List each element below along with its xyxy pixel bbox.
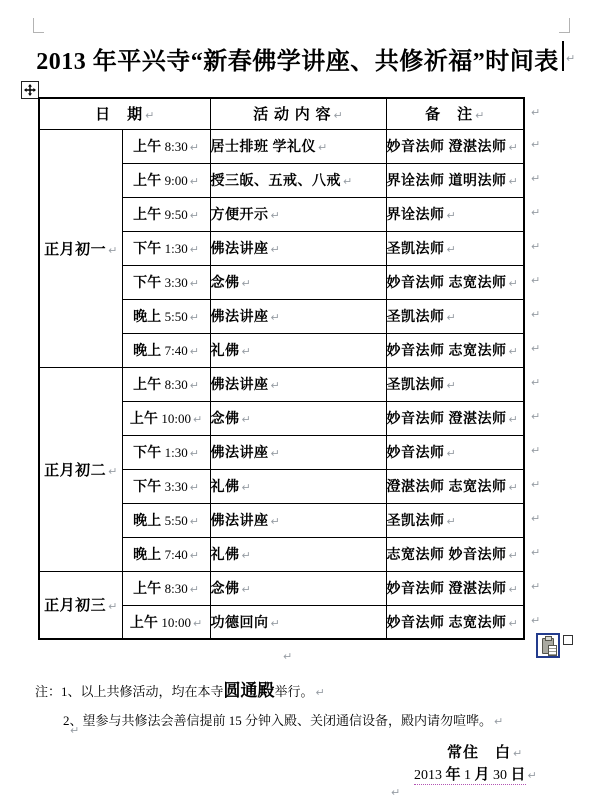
time-value: 8:30 — [165, 139, 188, 154]
note1-prefix: 1、以上共修活动，均在本寺 — [61, 684, 224, 699]
activity-text: 礼佛 — [211, 548, 240, 563]
pilcrow-mark: ↵ — [391, 786, 400, 799]
pilcrow-mark: ↵ — [566, 52, 575, 65]
note-text: 圣凯法师 — [387, 514, 445, 529]
time-value: 9:50 — [165, 207, 188, 222]
time-cell: 下午 1:30↵ — [122, 231, 210, 265]
activity-cell: 念佛↵ — [210, 265, 386, 299]
schedule-table-body: 正月初一↵上午 8:30↵居士排班 学礼仪↵妙音法师 澄湛法师↵上午 9:00↵… — [39, 129, 524, 639]
paste-options-button[interactable] — [536, 633, 560, 658]
activity-cell: 授三皈、五戒、八戒↵ — [210, 163, 386, 197]
date-digits: 30 — [490, 768, 511, 783]
note-text: 妙音法师 澄湛法师 — [387, 412, 507, 427]
activity-cell: 念佛↵ — [210, 401, 386, 435]
header-activity-label: 活 动 内 容 — [253, 107, 331, 123]
pilcrow-mark: ↵ — [531, 240, 540, 253]
date-cell: 正月初三↵ — [39, 571, 122, 639]
note-text: 妙音法师 志宽法师 — [387, 344, 507, 359]
pilcrow-mark: ↵ — [190, 583, 199, 596]
pilcrow-mark: ↵ — [190, 141, 199, 154]
time-cell: 下午 1:30↵ — [122, 435, 210, 469]
time-cell: 上午 9:00↵ — [122, 163, 210, 197]
activity-text: 方便开示 — [211, 208, 269, 223]
time-value: 10:00 — [161, 411, 191, 426]
notes-block: 注：1、以上共修活动，均在本寺圆通殿举行。↵ 2、望参与共修法会善信提前 15 … — [35, 676, 503, 729]
note-cell: 澄湛法师 志宽法师↵ — [386, 469, 524, 503]
pilcrow-mark: ↵ — [475, 109, 484, 122]
pilcrow-mark: ↵ — [271, 243, 280, 256]
note-cell: 圣凯法师↵ — [386, 231, 524, 265]
signature-name: 常住 白 — [447, 745, 511, 761]
pilcrow-mark: ↵ — [509, 549, 518, 562]
date-label: 正月初三 — [44, 598, 106, 614]
date-label: 正月初一 — [44, 242, 106, 258]
note-text: 妙音法师 澄湛法师 — [387, 582, 507, 597]
pilcrow-mark: ↵ — [190, 175, 199, 188]
time-value: 5:50 — [165, 513, 188, 528]
activity-text: 佛法讲座 — [211, 514, 269, 529]
pilcrow-mark: ↵ — [316, 686, 325, 699]
time-value: 7:40 — [165, 547, 188, 562]
note1-hall-name: 圆通殿 — [224, 681, 275, 700]
note-cell: 界诠法师 道明法师↵ — [386, 163, 524, 197]
time-value: 8:30 — [165, 581, 188, 596]
time-value: 3:30 — [165, 275, 188, 290]
note-text: 圣凯法师 — [387, 310, 445, 325]
pilcrow-mark: ↵ — [531, 512, 540, 525]
time-cell: 上午 8:30↵ — [122, 367, 210, 401]
pilcrow-mark: ↵ — [531, 410, 540, 423]
clipboard-page-icon — [548, 645, 557, 656]
pilcrow-mark: ↵ — [318, 141, 327, 154]
pilcrow-mark: ↵ — [531, 106, 540, 119]
activity-text: 佛法讲座 — [211, 378, 269, 393]
activity-cell: 佛法讲座↵ — [210, 231, 386, 265]
pilcrow-mark: ↵ — [242, 345, 251, 358]
time-cell: 上午 8:30↵ — [122, 129, 210, 163]
pilcrow-mark: ↵ — [531, 614, 540, 627]
pilcrow-mark: ↵ — [531, 546, 540, 559]
header-date: 日 期↵ — [39, 98, 210, 129]
pilcrow-mark: ↵ — [447, 209, 456, 222]
pilcrow-mark: ↵ — [283, 650, 292, 663]
schedule-row: 正月初一↵上午 8:30↵居士排班 学礼仪↵妙音法师 澄湛法师↵ — [39, 129, 524, 163]
header-activity: 活 动 内 容↵ — [210, 98, 386, 129]
time-cell: 上午 8:30↵ — [122, 571, 210, 605]
pilcrow-mark: ↵ — [190, 209, 199, 222]
pilcrow-mark: ↵ — [531, 580, 540, 593]
time-value: 10:00 — [161, 615, 191, 630]
date-digits: 2013 — [414, 768, 446, 783]
date-cell: 正月初二↵ — [39, 367, 122, 571]
pilcrow-mark: ↵ — [494, 715, 503, 728]
pilcrow-mark: ↵ — [190, 311, 199, 324]
note-cell: 妙音法师 志宽法师↵ — [386, 605, 524, 639]
time-period: 晚上 — [133, 344, 161, 359]
time-period: 上午 — [133, 582, 161, 597]
note-cell: 妙音法师↵ — [386, 435, 524, 469]
pilcrow-mark: ↵ — [447, 311, 456, 324]
pilcrow-mark: ↵ — [271, 617, 280, 630]
date-cell: 正月初一↵ — [39, 129, 122, 367]
activity-text: 念佛 — [211, 276, 240, 291]
pilcrow-mark: ↵ — [509, 345, 518, 358]
pilcrow-mark: ↵ — [447, 515, 456, 528]
pilcrow-mark: ↵ — [509, 481, 518, 494]
time-period: 上午 — [133, 208, 161, 223]
pilcrow-mark: ↵ — [531, 138, 540, 151]
schedule-table: 日 期↵ 活 动 内 容↵ 备 注↵ 正月初一↵上午 8:30↵居士排班 学礼仪… — [38, 97, 525, 640]
note-cell: 志宽法师 妙音法师↵ — [386, 537, 524, 571]
activity-cell: 佛法讲座↵ — [210, 299, 386, 333]
date-cjk: 日 — [511, 767, 526, 783]
pilcrow-mark: ↵ — [513, 747, 522, 760]
time-cell: 下午 3:30↵ — [122, 469, 210, 503]
activity-text: 礼佛 — [211, 344, 240, 359]
activity-text: 授三皈、五戒、八戒 — [211, 174, 342, 189]
pilcrow-mark: ↵ — [271, 379, 280, 392]
time-cell: 上午 9:50↵ — [122, 197, 210, 231]
pilcrow-mark: ↵ — [190, 379, 199, 392]
note-label: 注： — [35, 684, 61, 699]
activity-cell: 佛法讲座↵ — [210, 435, 386, 469]
header-note-label: 备 注 — [425, 107, 473, 123]
note-text: 妙音法师 志宽法师 — [387, 616, 507, 631]
margin-corner-top-right-icon — [559, 18, 570, 33]
pilcrow-mark: ↵ — [509, 175, 518, 188]
pilcrow-mark: ↵ — [531, 478, 540, 491]
note-text: 圣凯法师 — [387, 378, 445, 393]
pilcrow-mark: ↵ — [343, 175, 352, 188]
pilcrow-mark: ↵ — [531, 172, 540, 185]
activity-cell: 念佛↵ — [210, 571, 386, 605]
pilcrow-mark: ↵ — [531, 342, 540, 355]
pilcrow-mark: ↵ — [242, 583, 251, 596]
note-text: 界诠法师 道明法师 — [387, 174, 507, 189]
time-value: 5:50 — [165, 309, 188, 324]
time-cell: 晚上 7:40↵ — [122, 537, 210, 571]
pilcrow-mark: ↵ — [271, 447, 280, 460]
header-note: 备 注↵ — [386, 98, 524, 129]
pilcrow-mark: ↵ — [108, 600, 117, 613]
time-period: 晚上 — [133, 310, 161, 325]
activity-cell: 功德回向↵ — [210, 605, 386, 639]
time-value: 8:30 — [165, 377, 188, 392]
time-cell: 上午 10:00↵ — [122, 605, 210, 639]
date-cjk: 月 — [475, 767, 490, 783]
schedule-row: 正月初二↵上午 8:30↵佛法讲座↵圣凯法师↵ — [39, 367, 524, 401]
pilcrow-mark: ↵ — [242, 277, 251, 290]
note-cell: 妙音法师 志宽法师↵ — [386, 265, 524, 299]
note-cell: 圣凯法师↵ — [386, 299, 524, 333]
activity-cell: 居士排班 学礼仪↵ — [210, 129, 386, 163]
pilcrow-mark: ↵ — [193, 617, 202, 630]
activity-text: 礼佛 — [211, 480, 240, 495]
date-cjk: 年 — [446, 767, 461, 783]
signature-name-line: 常住 白↵ — [447, 741, 522, 762]
pilcrow-mark: ↵ — [190, 481, 199, 494]
note-cell: 界诠法师↵ — [386, 197, 524, 231]
note-cell: 妙音法师 志宽法师↵ — [386, 333, 524, 367]
pilcrow-mark: ↵ — [447, 379, 456, 392]
pilcrow-mark: ↵ — [271, 311, 280, 324]
pilcrow-mark: ↵ — [509, 413, 518, 426]
signature-date-text: 2013 年 1 月 30 日 — [414, 768, 526, 785]
note-cell: 圣凯法师↵ — [386, 503, 524, 537]
note-text: 妙音法师 — [387, 446, 445, 461]
activity-cell: 佛法讲座↵ — [210, 367, 386, 401]
pilcrow-mark: ↵ — [190, 277, 199, 290]
time-period: 上午 — [133, 378, 161, 393]
schedule-header-row: 日 期↵ 活 动 内 容↵ 备 注↵ — [39, 98, 524, 129]
document-title: 2013 年平兴寺“新春佛学讲座、共修祈福”时间表 — [0, 41, 595, 76]
pilcrow-mark: ↵ — [271, 515, 280, 528]
time-period: 晚上 — [133, 548, 161, 563]
pilcrow-mark: ↵ — [242, 413, 251, 426]
pilcrow-mark: ↵ — [531, 308, 540, 321]
pilcrow-mark: ↵ — [528, 769, 537, 782]
time-cell: 晚上 5:50↵ — [122, 503, 210, 537]
note-text: 志宽法师 妙音法师 — [387, 548, 507, 563]
text-cursor — [562, 41, 564, 71]
time-value: 1:30 — [165, 445, 188, 460]
activity-text: 功德回向 — [211, 616, 269, 631]
note-text: 圣凯法师 — [387, 242, 445, 257]
pilcrow-mark: ↵ — [531, 206, 540, 219]
pilcrow-mark: ↵ — [190, 447, 199, 460]
schedule-row: 正月初三↵上午 8:30↵念佛↵妙音法师 澄湛法师↵ — [39, 571, 524, 605]
time-value: 1:30 — [165, 241, 188, 256]
note-line-2: 2、望参与共修法会善信提前 15 分钟入殿、关闭通信设备，殿内请勿喧哗。↵ — [63, 710, 503, 729]
note-text: 界诠法师 — [387, 208, 445, 223]
time-period: 上午 — [133, 174, 161, 189]
pilcrow-mark: ↵ — [531, 274, 540, 287]
pilcrow-mark: ↵ — [509, 141, 518, 154]
time-value: 3:30 — [165, 479, 188, 494]
time-period: 上午 — [130, 616, 158, 631]
date-label: 正月初二 — [44, 463, 106, 479]
pilcrow-mark: ↵ — [193, 413, 202, 426]
time-period: 下午 — [133, 446, 161, 461]
note2-text: 2、望参与共修法会善信提前 15 分钟入殿、关闭通信设备，殿内请勿喧哗。 — [63, 713, 492, 728]
time-cell: 晚上 5:50↵ — [122, 299, 210, 333]
pilcrow-mark: ↵ — [190, 345, 199, 358]
note-cell: 妙音法师 澄湛法师↵ — [386, 571, 524, 605]
pilcrow-mark: ↵ — [509, 583, 518, 596]
pilcrow-mark: ↵ — [190, 549, 199, 562]
activity-cell: 礼佛↵ — [210, 469, 386, 503]
note-cell: 圣凯法师↵ — [386, 367, 524, 401]
pilcrow-mark: ↵ — [271, 209, 280, 222]
note1-suffix: 举行。 — [275, 684, 314, 699]
time-period: 下午 — [133, 276, 161, 291]
note-text: 澄湛法师 志宽法师 — [387, 480, 507, 495]
note-text: 妙音法师 澄湛法师 — [387, 140, 507, 155]
note-cell: 妙音法师 澄湛法师↵ — [386, 129, 524, 163]
time-cell: 晚上 7:40↵ — [122, 333, 210, 367]
pilcrow-mark: ↵ — [190, 243, 199, 256]
activity-cell: 方便开示↵ — [210, 197, 386, 231]
activity-text: 佛法讲座 — [211, 446, 269, 461]
pilcrow-mark: ↵ — [108, 244, 117, 257]
note-text: 妙音法师 志宽法师 — [387, 276, 507, 291]
activity-cell: 佛法讲座↵ — [210, 503, 386, 537]
note-cell: 妙音法师 澄湛法师↵ — [386, 401, 524, 435]
pilcrow-mark: ↵ — [509, 277, 518, 290]
time-period: 上午 — [133, 140, 161, 155]
note-line-1: 注：1、以上共修活动，均在本寺圆通殿举行。↵ — [35, 676, 503, 701]
pilcrow-mark: ↵ — [145, 109, 154, 122]
pilcrow-mark: ↵ — [108, 465, 117, 478]
time-period: 晚上 — [133, 514, 161, 529]
move-cross-icon — [24, 84, 36, 96]
pilcrow-mark: ↵ — [531, 444, 540, 457]
activity-text: 居士排班 学礼仪 — [211, 140, 317, 155]
header-date-label: 日 期 — [95, 107, 143, 123]
paste-options-expand[interactable] — [563, 635, 573, 645]
pilcrow-mark: ↵ — [70, 724, 79, 737]
signature-date-line: 2013 年 1 月 30 日↵ — [414, 763, 537, 784]
time-period: 下午 — [133, 480, 161, 495]
pilcrow-mark: ↵ — [242, 481, 251, 494]
activity-text: 佛法讲座 — [211, 310, 269, 325]
table-move-handle-icon[interactable] — [21, 81, 39, 99]
activity-text: 念佛 — [211, 582, 240, 597]
pilcrow-mark: ↵ — [447, 243, 456, 256]
pilcrow-mark: ↵ — [509, 617, 518, 630]
time-cell: 上午 10:00↵ — [122, 401, 210, 435]
document-page[interactable]: 2013 年平兴寺“新春佛学讲座、共修祈福”时间表 ↵ 日 期↵ 活 动 内 容… — [0, 0, 595, 802]
pilcrow-mark: ↵ — [334, 109, 343, 122]
activity-text: 念佛 — [211, 412, 240, 427]
pilcrow-mark: ↵ — [242, 549, 251, 562]
pilcrow-mark: ↵ — [447, 447, 456, 460]
time-cell: 下午 3:30↵ — [122, 265, 210, 299]
activity-cell: 礼佛↵ — [210, 333, 386, 367]
pilcrow-mark: ↵ — [190, 515, 199, 528]
margin-corner-top-left-icon — [33, 18, 44, 33]
date-digits: 1 — [461, 768, 475, 783]
activity-cell: 礼佛↵ — [210, 537, 386, 571]
activity-text: 佛法讲座 — [211, 242, 269, 257]
time-value: 9:00 — [165, 173, 188, 188]
time-period: 下午 — [133, 242, 161, 257]
time-value: 7:40 — [165, 343, 188, 358]
pilcrow-mark: ↵ — [531, 376, 540, 389]
time-period: 上午 — [130, 412, 158, 427]
clipboard-clip-icon — [545, 636, 552, 641]
